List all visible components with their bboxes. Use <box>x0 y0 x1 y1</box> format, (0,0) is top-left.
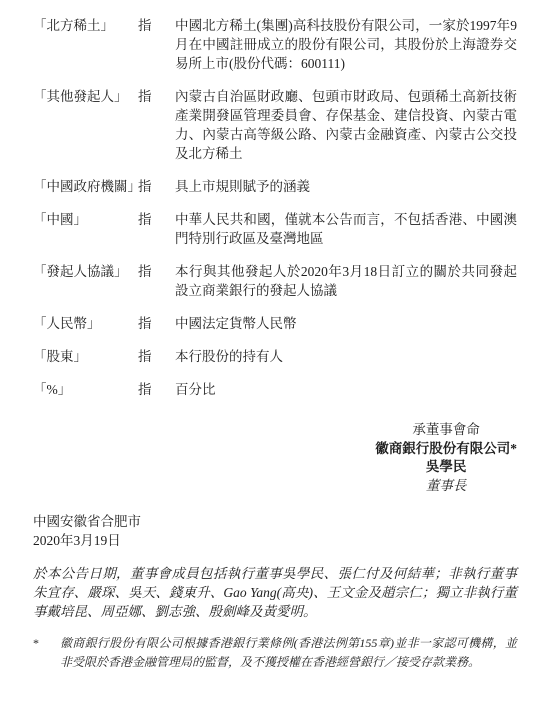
definition-term: 「北方稀土」 <box>33 16 138 35</box>
definition-text: 本行股份的持有人 <box>175 347 517 366</box>
definition-term: 「股東」 <box>33 347 138 366</box>
definition-term: 「人民幣」 <box>33 314 138 333</box>
definition-zhi-label: 指 <box>138 347 175 366</box>
definition-text: 具上市規則賦予的涵義 <box>175 177 517 196</box>
definition-row: 「%」 指 百分比 <box>33 380 517 399</box>
definition-row: 「北方稀土」 指 中國北方稀土(集團)高科技股份有限公司，一家於1997年9月在… <box>33 16 517 73</box>
definition-term: 「其他發起人」 <box>33 87 138 106</box>
signature-chairman-title: 董事長 <box>375 477 517 496</box>
definition-row: 「中國政府機關」 指 具上市規則賦予的涵義 <box>33 177 517 196</box>
signature-chairman-name: 吳學民 <box>375 458 517 477</box>
definition-term: 「中國」 <box>33 210 138 229</box>
definition-zhi-label: 指 <box>138 314 175 333</box>
definition-text: 百分比 <box>175 380 517 399</box>
definition-text: 中國北方稀土(集團)高科技股份有限公司，一家於1997年9月在中國註冊成立的股份… <box>175 16 517 73</box>
date-line: 2020年3月19日 <box>33 531 517 550</box>
footnote-marker: * <box>33 634 60 653</box>
definition-text: 中華人民共和國，僅就本公告而言，不包括香港、中國澳門特別行政區及臺灣地區 <box>175 210 517 248</box>
definitions-list: 「北方稀土」 指 中國北方稀土(集團)高科技股份有限公司，一家於1997年9月在… <box>33 16 517 399</box>
definition-row: 「股東」 指 本行股份的持有人 <box>33 347 517 366</box>
definition-text: 內蒙古自治區財政廳、包頭市財政局、包頭稀土高新技術產業開發區管理委員會、存保基金… <box>175 87 517 163</box>
definition-zhi-label: 指 <box>138 262 175 281</box>
footnote: * 徽商銀行股份有限公司根據香港銀行業條例(香港法例第155章)並非一家認可機構… <box>33 634 517 671</box>
definition-zhi-label: 指 <box>138 210 175 229</box>
definition-text: 本行與其他發起人於2020年3月18日訂立的關於共同發起設立商業銀行的發起人協議 <box>175 262 517 300</box>
signature-block: 承董事會命 徽商銀行股份有限公司* 吳學民 董事長 <box>375 421 517 495</box>
definition-zhi-label: 指 <box>138 177 175 196</box>
announcement-page: 「北方稀土」 指 中國北方稀土(集團)高科技股份有限公司，一家於1997年9月在… <box>0 0 550 713</box>
definition-term: 「%」 <box>33 380 138 399</box>
signature-by-order: 承董事會命 <box>375 421 517 440</box>
footnote-text: 徽商銀行股份有限公司根據香港銀行業條例(香港法例第155章)並非一家認可機構，並… <box>60 634 517 671</box>
place-date-block: 中國安徽省合肥市 2020年3月19日 <box>33 512 517 550</box>
definition-row: 「人民幣」 指 中國法定貨幣人民幣 <box>33 314 517 333</box>
definition-zhi-label: 指 <box>138 380 175 399</box>
signature-company-name: 徽商銀行股份有限公司* <box>375 440 517 459</box>
definition-text: 中國法定貨幣人民幣 <box>175 314 517 333</box>
place-line: 中國安徽省合肥市 <box>33 512 517 531</box>
board-members-note: 於本公告日期，董事會成員包括執行董事吳學民、張仁付及何結華；非執行董事朱宜存、嚴… <box>33 564 517 621</box>
definition-row: 「中國」 指 中華人民共和國，僅就本公告而言，不包括香港、中國澳門特別行政區及臺… <box>33 210 517 248</box>
definition-term: 「中國政府機關」 <box>33 177 138 196</box>
definition-zhi-label: 指 <box>138 87 175 106</box>
definition-zhi-label: 指 <box>138 16 175 35</box>
definition-row: 「其他發起人」 指 內蒙古自治區財政廳、包頭市財政局、包頭稀土高新技術產業開發區… <box>33 87 517 163</box>
definition-row: 「發起人協議」 指 本行與其他發起人於2020年3月18日訂立的關於共同發起設立… <box>33 262 517 300</box>
definition-term: 「發起人協議」 <box>33 262 138 281</box>
signature-block-wrap: 承董事會命 徽商銀行股份有限公司* 吳學民 董事長 <box>33 421 517 495</box>
